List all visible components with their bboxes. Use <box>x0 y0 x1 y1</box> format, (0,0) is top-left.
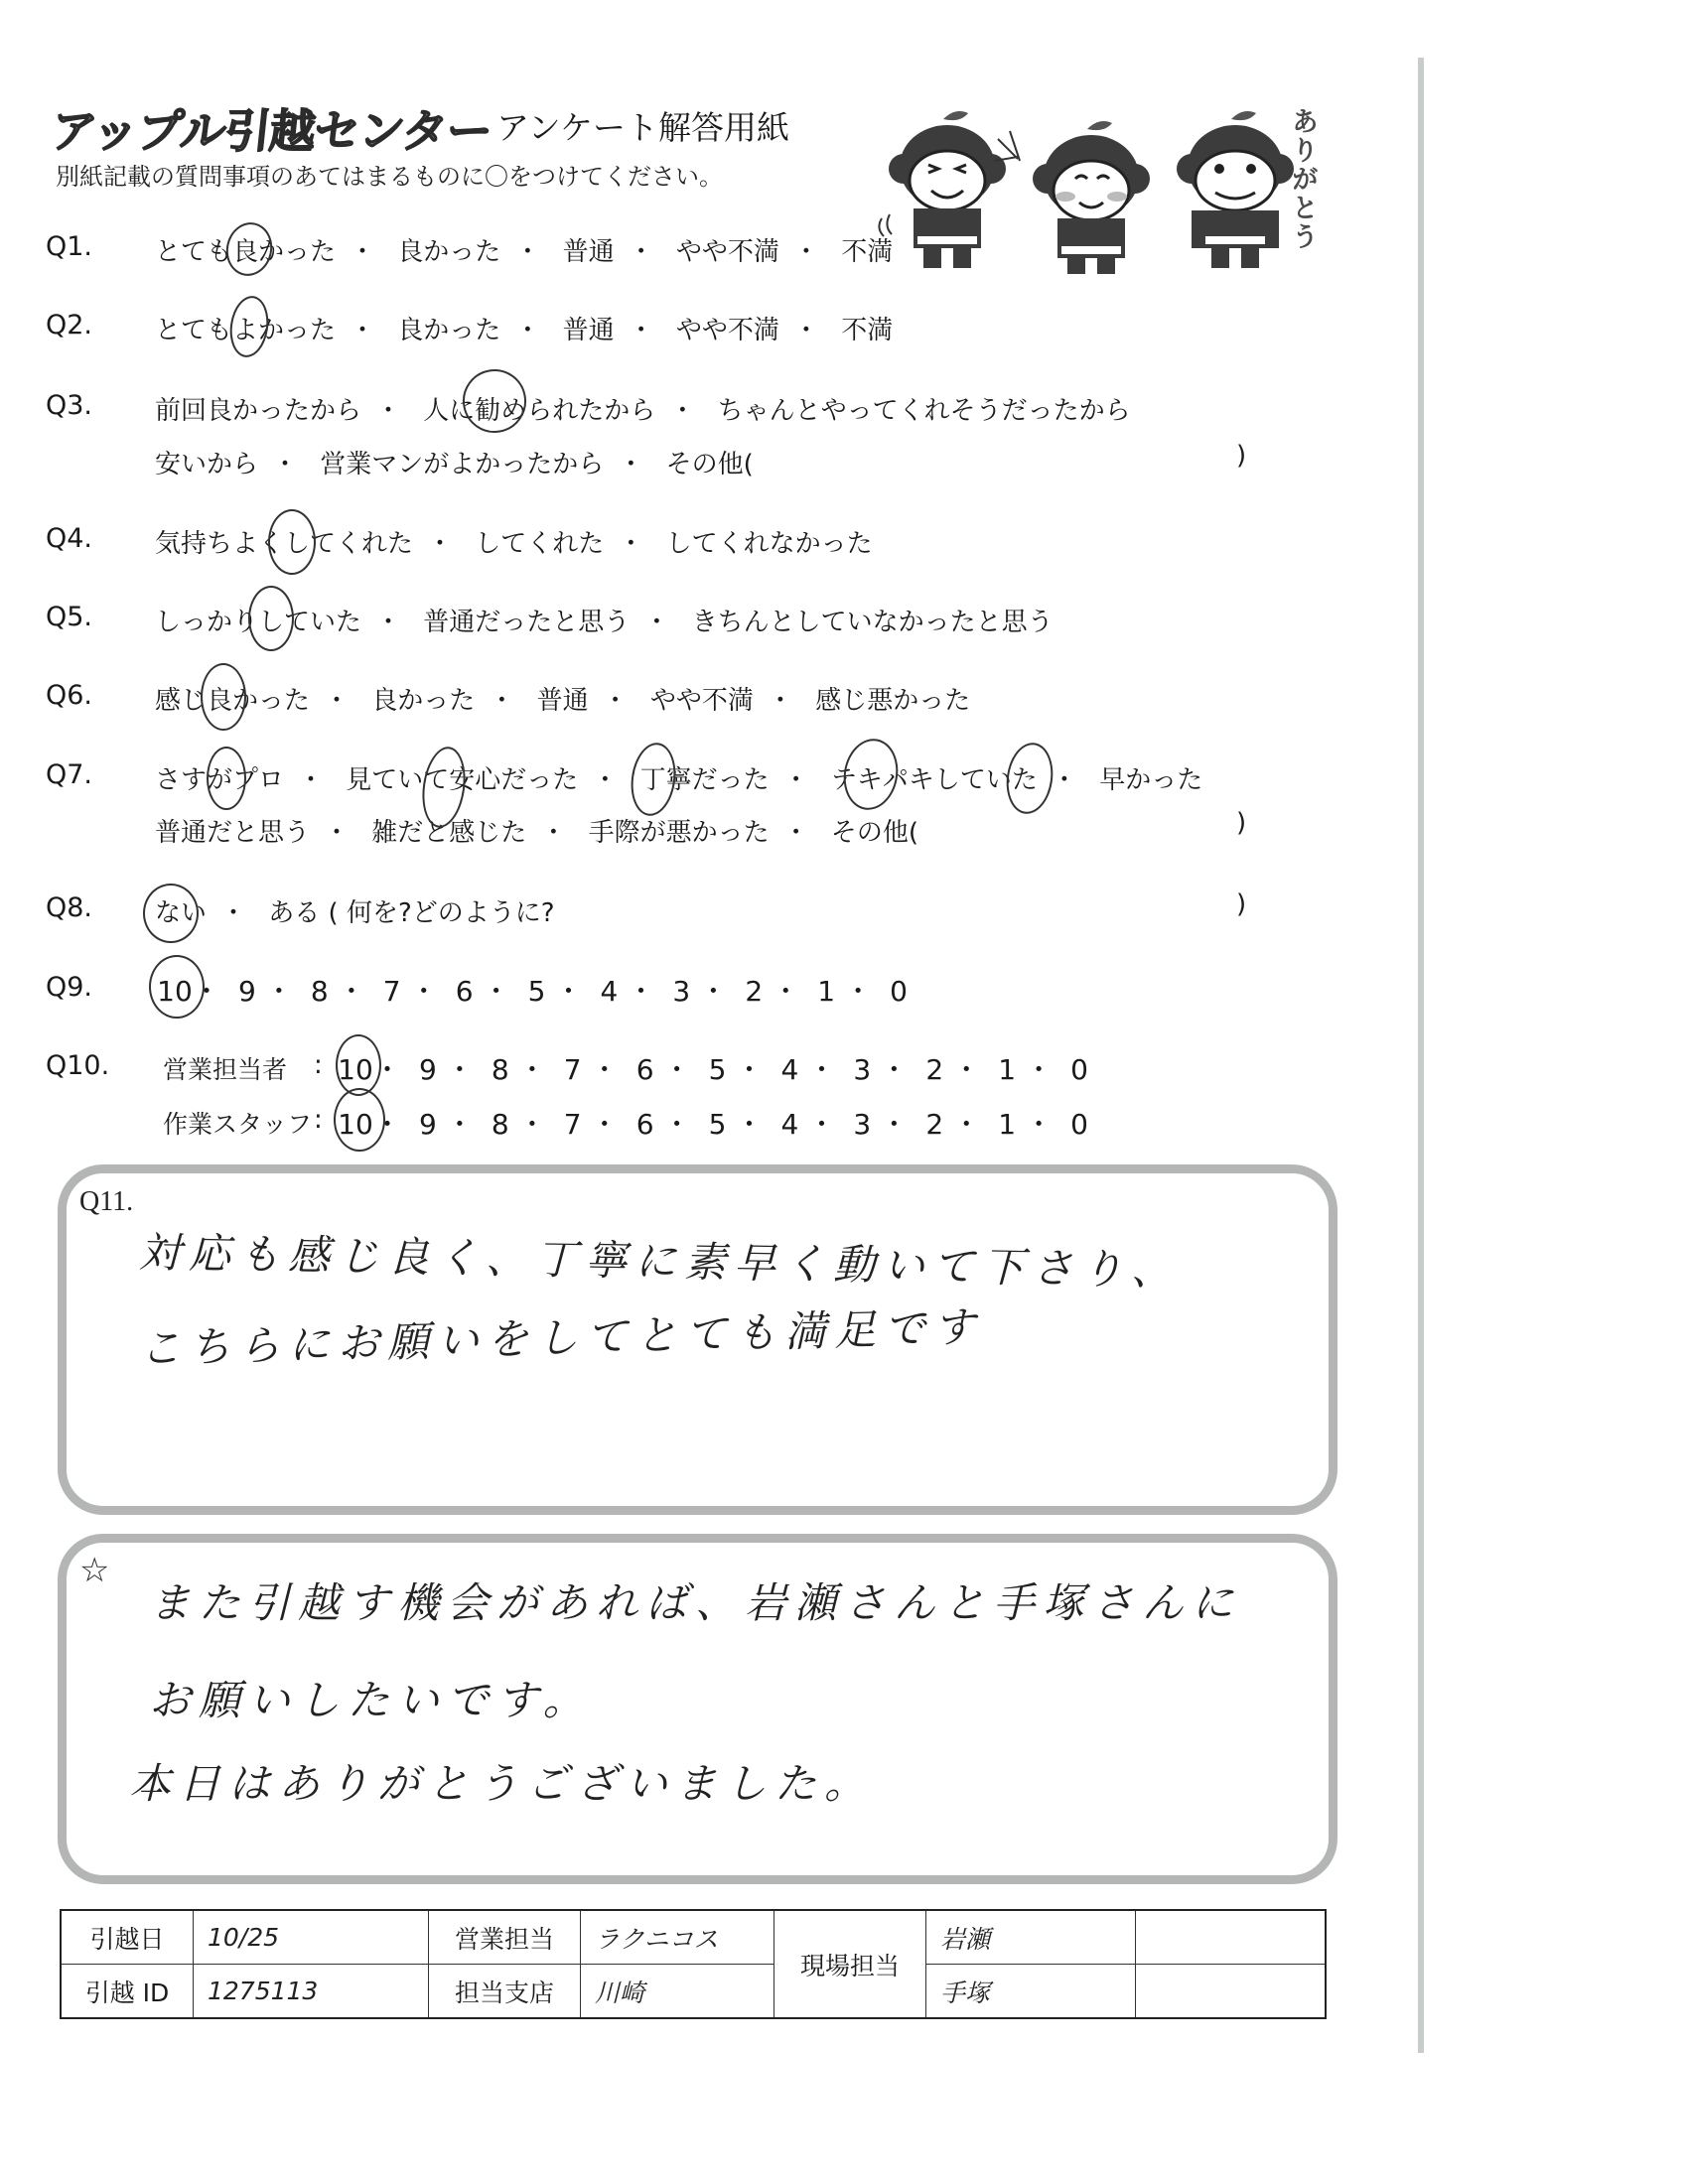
q7-option-other[interactable]: その他( <box>831 818 918 848</box>
move-id-label: 引越 ID <box>61 1965 194 2019</box>
extra-cell-1[interactable] <box>1136 1910 1327 1965</box>
monkey-mascot-wink-icon <box>879 111 1006 268</box>
q2-option-1[interactable]: とてもよかった <box>155 316 336 345</box>
q2-options: とてもよかった・ 良かった・ 普通・ やや不満・ 不満 <box>155 310 893 346</box>
star-icon: ☆ <box>79 1551 109 1590</box>
q3-other-close-paren: ) <box>1236 441 1246 471</box>
q9-score-9[interactable]: 9 <box>229 975 265 1008</box>
q10-staff-score-4[interactable]: 4 <box>772 1108 807 1141</box>
thank-you-caption: ありがとう <box>1283 107 1322 251</box>
q10-label: Q10. <box>46 1050 109 1081</box>
q6-label: Q6. <box>46 680 92 711</box>
q1-option-1[interactable]: とても良かった <box>155 237 336 267</box>
q7-option-5[interactable]: 早かった <box>1099 765 1202 795</box>
q6-option-1[interactable]: 感じ良かった <box>155 686 310 716</box>
branch-label: 担当支店 <box>429 1965 581 2019</box>
brand-logo-text: アップル引越センター <box>49 95 495 161</box>
form-title: アンケート解答用紙 <box>496 102 789 149</box>
site-staff-value-1[interactable]: 岩瀬 <box>926 1910 1136 1965</box>
q3-option-5[interactable]: 営業マンがよかったから <box>320 450 604 479</box>
q7-option-7[interactable]: 雑だと感じた <box>371 818 526 848</box>
q8-close-paren: ) <box>1236 889 1246 919</box>
move-id-value[interactable]: 1275113 <box>194 1965 429 2019</box>
q2-option-5[interactable]: 不満 <box>841 316 893 345</box>
q9-score-4[interactable]: 4 <box>591 975 627 1008</box>
q10-staff-colon: : <box>314 1105 323 1135</box>
q10-staff-score-0[interactable]: 0 <box>1061 1108 1097 1141</box>
q3-option-3[interactable]: ちゃんとやってくれそうだったから <box>718 396 1131 426</box>
q5-option-2[interactable]: 普通だったと思う <box>423 608 630 637</box>
q10-sales-score-8[interactable]: 8 <box>483 1053 518 1086</box>
q7-option-6[interactable]: 普通だと思う <box>155 818 310 848</box>
q10-staff-scale: 10・ 9・ 8・ 7・ 6・ 5・ 4・ 3・ 2・ 1・ 0 <box>338 1103 1097 1143</box>
q4-option-1[interactable]: 気持ちよくしてくれた <box>155 529 413 559</box>
q5-option-3[interactable]: きちんとしていなかったと思う <box>692 608 1054 637</box>
q10-staff-score-5[interactable]: 5 <box>700 1108 736 1141</box>
q10-sales-score-5[interactable]: 5 <box>700 1053 736 1086</box>
monkey-mascot-blush-icon <box>994 121 1150 274</box>
q6-option-4[interactable]: やや不満 <box>650 686 754 716</box>
q10-staff-score-10[interactable]: 10 <box>338 1108 373 1141</box>
q7-label: Q7. <box>46 759 92 790</box>
q3-options-line-2: 安いから・ 営業マンがよかったから・ その他( <box>155 444 754 480</box>
q10-sales-score-10[interactable]: 10 <box>338 1053 373 1086</box>
q10-sales-scale: 10・ 9・ 8・ 7・ 6・ 5・ 4・ 3・ 2・ 1・ 0 <box>338 1048 1097 1088</box>
q10-staff-label: 作業スタッフ <box>163 1105 312 1141</box>
move-info-table: 引越日 10/25 営業担当 ラクニコス 現場担当 岩瀬 引越 ID 12751… <box>60 1909 1327 2019</box>
q7-option-2[interactable]: 見ていて安心だった <box>346 765 578 795</box>
q10-sales-score-4[interactable]: 4 <box>772 1053 807 1086</box>
q6-options: 感じ良かった・ 良かった・ 普通・ やや不満・ 感じ悪かった <box>155 680 970 717</box>
sales-rep-label: 営業担当 <box>429 1910 581 1965</box>
site-staff-label: 現場担当 <box>774 1910 926 2018</box>
q1-option-4[interactable]: やや不満 <box>676 237 779 267</box>
q1-option-5[interactable]: 不満 <box>841 237 893 267</box>
q10-staff-score-8[interactable]: 8 <box>483 1108 518 1141</box>
q5-option-1[interactable]: しっかりしていた <box>155 608 361 637</box>
q5-options: しっかりしていた・ 普通だったと思う・ きちんとしていなかったと思う <box>155 602 1054 638</box>
q10-staff-score-2[interactable]: 2 <box>916 1108 952 1141</box>
q1-options: とても良かった・ 良かった・ 普通・ やや不満・ 不満 <box>155 231 893 268</box>
q10-sales-score-6[interactable]: 6 <box>628 1053 663 1086</box>
q7-options-line-1: さすがプロ・ 見ていて安心だった・ 丁寧だった・ テキパキしていた・ 早かった <box>155 759 1202 796</box>
q2-option-4[interactable]: やや不満 <box>676 316 779 345</box>
extra-handwritten-line-3: 本日はありがとうございました。 <box>129 1751 874 1811</box>
q7-option-8[interactable]: 手際が悪かった <box>589 818 770 848</box>
q8-options: ない・ ある ( 何を?どのように? <box>155 892 555 929</box>
q10-sales-score-9[interactable]: 9 <box>410 1053 446 1086</box>
q3-options-line-1: 前回良かったから・ 人に勧められたから・ ちゃんとやってくれそうだったから <box>155 390 1131 427</box>
q10-staff-score-6[interactable]: 6 <box>628 1108 663 1141</box>
q3-option-4[interactable]: 安いから <box>155 450 258 479</box>
q4-options: 気持ちよくしてくれた・ してくれた・ してくれなかった <box>155 523 873 560</box>
q10-staff-score-9[interactable]: 9 <box>410 1108 446 1141</box>
move-date-value[interactable]: 10/25 <box>194 1910 429 1965</box>
q2-label: Q2. <box>46 310 92 341</box>
q3-option-other[interactable]: その他( <box>666 450 754 479</box>
q9-score-3[interactable]: 3 <box>663 975 699 1008</box>
q9-score-1[interactable]: 1 <box>808 975 844 1008</box>
extra-handwritten-line-2: お願いしたいです。 <box>149 1668 593 1727</box>
q7-option-4[interactable]: テキパキしていた <box>831 765 1038 795</box>
q10-staff-score-7[interactable]: 7 <box>555 1108 591 1141</box>
q8-option-none[interactable]: ない <box>155 898 207 928</box>
q10-sales-score-2[interactable]: 2 <box>916 1053 952 1086</box>
q9-score-7[interactable]: 7 <box>374 975 410 1008</box>
page-edge-line <box>1418 58 1424 2053</box>
q1-option-2[interactable]: 良かった <box>397 237 500 267</box>
branch-value[interactable]: 川崎 <box>581 1965 774 2019</box>
q10-sales-colon: : <box>314 1050 323 1080</box>
q3-option-2[interactable]: 人に勧められたから <box>423 396 655 426</box>
q6-option-3[interactable]: 普通 <box>537 686 589 716</box>
q9-score-0[interactable]: 0 <box>881 975 916 1008</box>
q10-sales-score-3[interactable]: 3 <box>844 1053 880 1086</box>
q1-option-3[interactable]: 普通 <box>563 237 615 267</box>
q7-option-3[interactable]: 丁寧だった <box>640 765 770 795</box>
q10-sales-label: 営業担当者 <box>163 1050 287 1086</box>
q9-score-6[interactable]: 6 <box>447 975 483 1008</box>
q6-option-2[interactable]: 良かった <box>371 686 475 716</box>
q9-score-10[interactable]: 10 <box>157 975 193 1008</box>
q9-score-2[interactable]: 2 <box>736 975 772 1008</box>
q10-staff-score-3[interactable]: 3 <box>844 1108 880 1141</box>
q1-label: Q1. <box>46 231 92 262</box>
q8-label: Q8. <box>46 892 92 923</box>
q9-score-5[interactable]: 5 <box>519 975 555 1008</box>
extra-cell-2[interactable] <box>1136 1965 1327 2019</box>
mascot-illustrations <box>854 99 1311 278</box>
q7-other-close-paren: ) <box>1236 808 1246 838</box>
q4-label: Q4. <box>46 523 92 554</box>
q10-sales-score-1[interactable]: 1 <box>989 1053 1025 1086</box>
q4-option-2[interactable]: してくれた <box>475 529 604 559</box>
q9-label: Q9. <box>46 972 92 1003</box>
q11-label: Q11. <box>79 1186 133 1218</box>
q3-option-1[interactable]: 前回良かったから <box>155 396 361 426</box>
site-staff-value-2[interactable]: 手塚 <box>926 1965 1136 2019</box>
q7-option-1[interactable]: さすがプロ <box>155 765 284 795</box>
instruction-text: 別紙記載の質問事項のあてはまるものに〇をつけてください。 <box>56 157 723 192</box>
extra-handwritten-line-1: また引越す機会があれば、岩瀬さんと手塚さんに <box>149 1570 1241 1630</box>
q9-score-8[interactable]: 8 <box>302 975 338 1008</box>
sales-rep-value[interactable]: ラクニコス <box>581 1910 774 1965</box>
q5-label: Q5. <box>46 602 92 632</box>
q10-sales-score-0[interactable]: 0 <box>1061 1053 1097 1086</box>
q9-scale: 10・ 9・ 8・ 7・ 6・ 5・ 4・ 3・ 2・ 1・ 0 <box>157 970 916 1010</box>
q8-option-some[interactable]: ある ( 何を?どのように? <box>268 898 554 928</box>
q2-option-2[interactable]: 良かった <box>397 316 500 345</box>
move-date-label: 引越日 <box>61 1910 194 1965</box>
q6-option-5[interactable]: 感じ悪かった <box>815 686 970 716</box>
q3-label: Q3. <box>46 390 92 421</box>
q7-options-line-2: 普通だと思う・ 雑だと感じた・ 手際が悪かった・ その他( <box>155 812 918 849</box>
q2-option-3[interactable]: 普通 <box>563 316 615 345</box>
q10-sales-score-7[interactable]: 7 <box>555 1053 591 1086</box>
q4-option-3[interactable]: してくれなかった <box>666 529 873 559</box>
monkey-mascot-smile-icon <box>1177 111 1294 268</box>
q10-staff-score-1[interactable]: 1 <box>989 1108 1025 1141</box>
